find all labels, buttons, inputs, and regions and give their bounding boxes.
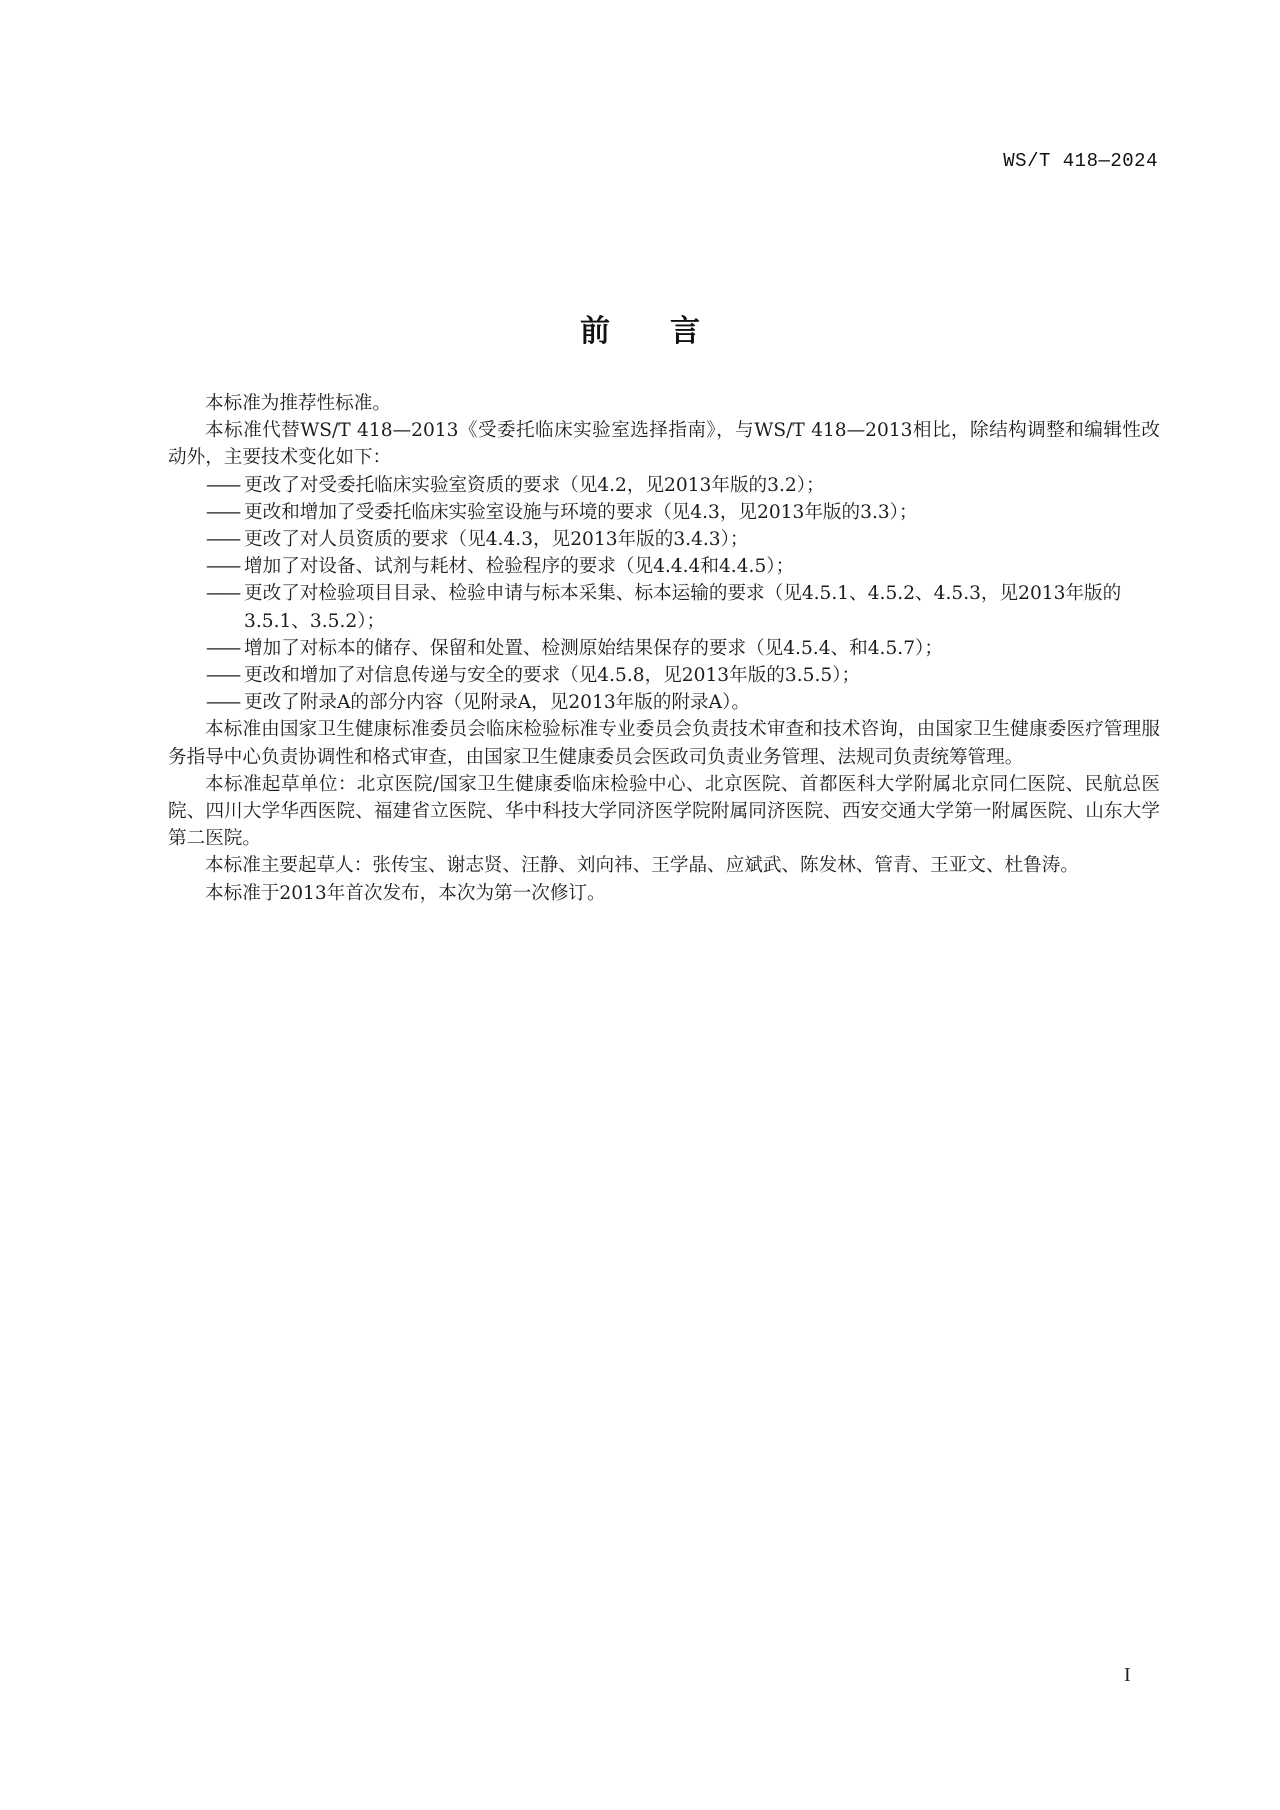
change-item-text: 更改和增加了受委托临床实验室设施与环境的要求（见4.3，见2013年版的3.3）… bbox=[244, 502, 918, 523]
change-item: ——更改和增加了受委托临床实验室设施与环境的要求（见4.3，见2013年版的3.… bbox=[168, 499, 1160, 526]
change-item: ——更改了对受委托临床实验室资质的要求（见4.2，见2013年版的3.2）； bbox=[168, 472, 1160, 499]
change-item-text: 更改了附录A的部分内容（见附录A，见2013年版的附录A）。 bbox=[244, 692, 750, 713]
change-item: ——增加了对标本的储存、保留和处置、检测原始结果保存的要求（见4.5.4、和4.… bbox=[168, 635, 1160, 662]
change-item-text: 增加了对标本的储存、保留和处置、检测原始结果保存的要求（见4.5.4、和4.5.… bbox=[244, 638, 943, 659]
change-item: ——更改和增加了对信息传递与安全的要求（见4.5.8，见2013年版的3.5.5… bbox=[168, 662, 1160, 689]
standard-code-header: WS/T 418—2024 bbox=[1003, 150, 1158, 172]
dash-bullet: —— bbox=[206, 635, 244, 662]
page-number: I bbox=[1124, 1664, 1131, 1687]
change-item: ——更改了附录A的部分内容（见附录A，见2013年版的附录A）。 bbox=[168, 689, 1160, 716]
change-item-text: 增加了对设备、试剂与耗材、检验程序的要求（见4.4.4和4.4.5）； bbox=[244, 556, 794, 577]
dash-bullet: —— bbox=[206, 526, 244, 553]
dash-bullet: —— bbox=[206, 472, 244, 499]
dash-bullet: —— bbox=[206, 553, 244, 580]
dash-bullet: —— bbox=[206, 580, 244, 607]
change-item: ——更改了对检验项目目录、检验申请与标本采集、标本运输的要求（见4.5.1、4.… bbox=[168, 580, 1160, 634]
change-item-text: 更改了对人员资质的要求（见4.4.3，见2013年版的3.4.3）； bbox=[244, 529, 749, 550]
foreword-body: 本标准为推荐性标准。 本标准代替WS/T 418—2013《受委托临床实验室选择… bbox=[168, 390, 1160, 907]
intro-paragraph: 本标准为推荐性标准。 bbox=[168, 390, 1160, 417]
dash-bullet: —— bbox=[206, 689, 244, 716]
page-title: 前言 bbox=[0, 306, 1280, 350]
dash-bullet: —— bbox=[206, 499, 244, 526]
drafters-paragraph: 本标准主要起草人：张传宝、谢志贤、汪静、刘向祎、王学晶、应斌武、陈发林、管青、王… bbox=[168, 852, 1160, 879]
intro-paragraph: 本标准代替WS/T 418—2013《受委托临床实验室选择指南》，与WS/T 4… bbox=[168, 417, 1160, 471]
dash-bullet: —— bbox=[206, 662, 244, 689]
change-item-text: 更改和增加了对信息传递与安全的要求（见4.5.8，见2013年版的3.5.5）； bbox=[244, 665, 860, 686]
change-item-text: 更改了对受委托临床实验室资质的要求（见4.2，见2013年版的3.2）； bbox=[244, 475, 825, 496]
responsibility-paragraph: 本标准由国家卫生健康标准委员会临床检验标准专业委员会负责技术审查和技术咨询，由国… bbox=[168, 716, 1160, 770]
change-item: ——更改了对人员资质的要求（见4.4.3，见2013年版的3.4.3）； bbox=[168, 526, 1160, 553]
change-item: ——增加了对设备、试剂与耗材、检验程序的要求（见4.4.4和4.4.5）； bbox=[168, 553, 1160, 580]
publication-history-paragraph: 本标准于2013年首次发布，本次为第一次修订。 bbox=[168, 880, 1160, 907]
change-item-text: 更改了对检验项目目录、检验申请与标本采集、标本运输的要求（见4.5.1、4.5.… bbox=[244, 583, 1121, 631]
drafting-units-paragraph: 本标准起草单位：北京医院/国家卫生健康委临床检验中心、北京医院、首都医科大学附属… bbox=[168, 771, 1160, 853]
